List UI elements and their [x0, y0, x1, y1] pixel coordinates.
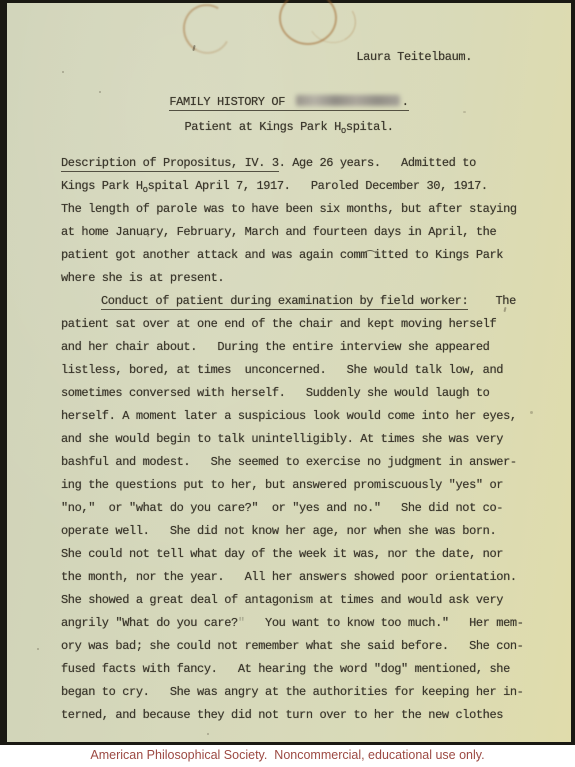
text-segment: patient sat over at one end of the chair…: [61, 317, 496, 331]
text-line: where she is at present.: [61, 267, 547, 290]
text-line: Description of Propositus, IV. 3. Age 26…: [61, 152, 547, 175]
text-segment: . Age 26 years. Admitted to: [279, 156, 476, 170]
text-segment: patient got another attack and was again…: [61, 248, 367, 262]
paper-speck: [207, 733, 209, 735]
paper-speck: [62, 71, 64, 73]
text-segment: She could not tell what day of the week …: [61, 547, 503, 561]
paper: Laura Teitelbaum. FAMILY HISTORY OF . Pa…: [7, 3, 571, 742]
text-line: sometimes conversed with herself. Sudden…: [61, 382, 547, 405]
copyright-notice: American Philosophical Society. Noncomme…: [90, 748, 484, 762]
text-segment: began to cry. She was angry at the autho…: [61, 685, 523, 699]
text-line: Conduct of patient during examination by…: [61, 290, 547, 313]
text-line: patient sat over at one end of the chair…: [61, 313, 547, 336]
title-text: FAMILY HISTORY OF: [169, 95, 291, 109]
text-line: listless, bored, at times unconcerned. S…: [61, 359, 547, 382]
coffee-ring-stain-left: [177, 0, 236, 59]
text-segment: angrily "What do you care?: [61, 616, 238, 630]
document-subtitle: Patient at Kings Park Hospital.: [7, 120, 571, 136]
text-segment: where she is at present.: [61, 271, 224, 285]
text-segment: Patient at Kings Park H: [184, 120, 340, 134]
text-segment: ing the questions put to her, but answer…: [61, 478, 503, 492]
text-segment: terned, and because they did not turn ov…: [61, 708, 503, 722]
text-segment: [367, 248, 374, 262]
text-line: began to cry. She was angry at the autho…: [61, 681, 547, 704]
text-segment: at home January, February, March and fou…: [61, 225, 496, 239]
text-line: bashful and modest. She seemed to exerci…: [61, 451, 547, 474]
text-segment: bashful and modest. She seemed to exerci…: [61, 455, 517, 469]
redacted-name: [296, 95, 400, 106]
text-line: She could not tell what day of the week …: [61, 543, 547, 566]
title-period: .: [402, 95, 409, 109]
text-segment: and her chair about. During the entire i…: [61, 340, 489, 354]
text-segment: listless, bored, at times unconcerned. S…: [61, 363, 503, 377]
document-title: FAMILY HISTORY OF .: [7, 95, 571, 109]
text-segment: spital April 7, 1917. Paroled December 3…: [148, 179, 488, 193]
text-segment: Conduct of patient during examination by…: [101, 294, 468, 310]
text-segment: and she would begin to talk unintelligib…: [61, 432, 503, 446]
text-line: Kings Park Hospital April 7, 1917. Parol…: [61, 175, 547, 198]
document-body: Description of Propositus, IV. 3. Age 26…: [61, 152, 547, 727]
text-segment: ": [238, 616, 245, 630]
text-segment: herself. A moment later a suspicious loo…: [61, 409, 517, 423]
footer-bar: American Philosophical Society. Noncomme…: [0, 745, 575, 767]
text-segment: sometimes conversed with herself. Sudden…: [61, 386, 489, 400]
text-line: herself. A moment later a suspicious loo…: [61, 405, 547, 428]
text-segment: The: [468, 294, 516, 308]
text-segment: ory was bad; she could not remember what…: [61, 639, 523, 653]
text-line: operate well. She did not know her age, …: [61, 520, 547, 543]
text-segment: itted to Kings Park: [374, 248, 503, 262]
text-line: ing the questions put to her, but answer…: [61, 474, 547, 497]
text-line: and she would begin to talk unintelligib…: [61, 428, 547, 451]
author-name: Laura Teitelbaum.: [356, 50, 472, 64]
text-line: at home January, February, March and fou…: [61, 221, 547, 244]
text-segment: Kings Park H: [61, 179, 143, 193]
scan-area: Laura Teitelbaum. FAMILY HISTORY OF . Pa…: [0, 0, 575, 745]
text-segment: She showed a great deal of antagonism at…: [61, 593, 503, 607]
scanned-document-page: Laura Teitelbaum. FAMILY HISTORY OF . Pa…: [0, 0, 575, 767]
text-segment: You want to know too much." Her mem-: [245, 616, 524, 630]
text-segment: operate well. She did not know her age, …: [61, 524, 496, 538]
paper-speck: [99, 91, 101, 93]
text-segment: spital.: [346, 120, 394, 134]
text-segment: fused facts with fancy. At hearing the w…: [61, 662, 510, 676]
text-segment: "no," or "what do you care?" or "yes and…: [61, 501, 503, 515]
paper-speck: [463, 111, 466, 113]
text-line: The length of parole was to have been si…: [61, 198, 547, 221]
text-line: and her chair about. During the entire i…: [61, 336, 547, 359]
text-line: ory was bad; she could not remember what…: [61, 635, 547, 658]
text-segment: Description of Propositus, IV. 3: [61, 156, 279, 172]
text-line: the month, nor the year. All her answers…: [61, 566, 547, 589]
text-line: "no," or "what do you care?" or "yes and…: [61, 497, 547, 520]
paper-speck: [37, 648, 39, 650]
text-line: She showed a great deal of antagonism at…: [61, 589, 547, 612]
text-line: patient got another attack and was again…: [61, 244, 547, 267]
text-segment: the month, nor the year. All her answers…: [61, 570, 517, 584]
text-line: terned, and because they did not turn ov…: [61, 704, 547, 727]
text-segment: The length of parole was to have been si…: [61, 202, 517, 216]
text-line: fused facts with fancy. At hearing the w…: [61, 658, 547, 681]
text-line: angrily "What do you care?" You want to …: [61, 612, 547, 635]
